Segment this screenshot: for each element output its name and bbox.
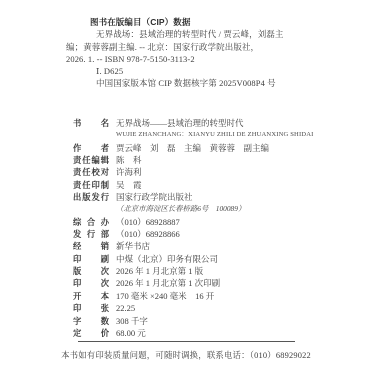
- cip-heading: 图书在版编目（CIP）数据: [66, 16, 318, 28]
- colophon-row: 印次2026 年 1 月北京第 1 次印刷: [73, 277, 353, 289]
- colophon-row-value: 吴 霞: [116, 179, 142, 191]
- quality-notice: 本书如有印装质量问题，可随时调换，联系电话：（010）68929022: [3, 349, 369, 361]
- cip-record-line-3: 2026. 1. -- ISBN 978-7-5150-3113-2: [66, 53, 318, 65]
- colophon-row-label: 定价: [73, 327, 109, 339]
- colophon-row-value: 无界战场——县域治理的转型时代: [116, 117, 244, 129]
- colophon-row-value: WUJIE ZHANCHANG：XIANYU ZHILI DE ZHUANXIN…: [116, 129, 313, 141]
- colophon-row: 经销新华书店: [73, 240, 353, 252]
- colophon-row-value: 许海利: [116, 166, 142, 178]
- colophon-row-label: 印张: [73, 302, 109, 314]
- footer-divider: [78, 341, 295, 342]
- colophon-row: 版次2026 年 1 月北京第 1 版: [73, 265, 353, 277]
- colophon-row: 书名无界战场——县域治理的转型时代: [73, 117, 353, 129]
- colophon-row: 综合办（010）68928887: [73, 216, 353, 228]
- colophon-row-label: 发行部: [73, 228, 109, 240]
- colophon-row-label: 印刷: [73, 253, 109, 265]
- cip-block: 图书在版编目（CIP）数据 无界战场：县域治理的转型时代 / 贾云峰，刘磊主 编…: [66, 16, 318, 90]
- colophon-row-value: 170 毫米 ×240 毫米 16 开: [116, 290, 214, 302]
- colophon-row-value: 贾云峰 刘 磊 主编 黄蓉蓉 副主编: [116, 142, 269, 154]
- colophon-row: 定价68.00 元: [73, 327, 353, 339]
- colophon-row-label: 经销: [73, 240, 109, 252]
- book-copyright-page: 图书在版编目（CIP）数据 无界战场：县域治理的转型时代 / 贾云峰，刘磊主 编…: [0, 0, 375, 375]
- colophon-row: 责任印制吴 霞: [73, 179, 353, 191]
- colophon-row-label: 综合办: [73, 216, 109, 228]
- colophon-row-value: （北京市海淀区长春桥路6号 100089）: [116, 203, 245, 215]
- colophon-row: 开本170 毫米 ×240 毫米 16 开: [73, 290, 353, 302]
- colophon-row-value: 2026 年 1 月北京第 1 次印刷: [116, 277, 220, 289]
- colophon-row-value: 新华书店: [116, 240, 150, 252]
- colophon-row-label: 印次: [73, 277, 109, 289]
- colophon-row: 责任编辑陈 科: [73, 154, 353, 166]
- cip-classification-line: Ⅰ. D625: [66, 65, 318, 77]
- colophon-row-value: 22.25: [116, 302, 135, 314]
- colophon-row-value: （010）68928887: [116, 216, 180, 228]
- cip-record-line-1: 无界战场：县域治理的转型时代 / 贾云峰，刘磊主: [66, 28, 318, 40]
- colophon-row-label: 书名: [73, 117, 109, 129]
- colophon-row-label: 责任印制: [73, 179, 109, 191]
- colophon-row-value: 陈 科: [116, 154, 142, 166]
- colophon-table: 书名无界战场——县域治理的转型时代WUJIE ZHANCHANG：XIANYU …: [73, 117, 353, 339]
- colophon-row: WUJIE ZHANCHANG：XIANYU ZHILI DE ZHUANXIN…: [73, 129, 353, 141]
- colophon-row: 字数308 千字: [73, 315, 353, 327]
- colophon-row-label: 版次: [73, 265, 109, 277]
- colophon-row-label: 责任编辑: [73, 154, 109, 166]
- colophon-row-label: 出版发行: [73, 191, 109, 203]
- colophon-row: 责任校对许海利: [73, 166, 353, 178]
- colophon-row-value: 308 千字: [116, 315, 148, 327]
- colophon-row: 出版发行国家行政学院出版社: [73, 191, 353, 203]
- colophon-row: 印张22.25: [73, 302, 353, 314]
- colophon-row: （北京市海淀区长春桥路6号 100089）: [73, 203, 353, 215]
- cip-record-line-2: 编；黄蓉蓉副主编. -- 北京：国家行政学院出版社，: [66, 41, 318, 53]
- colophon-row-value: 68.00 元: [116, 327, 146, 339]
- colophon-row-label: 责任校对: [73, 166, 109, 178]
- colophon-row-label: 作者: [73, 142, 109, 154]
- colophon-row: 作者贾云峰 刘 磊 主编 黄蓉蓉 副主编: [73, 142, 353, 154]
- colophon-row-value: 国家行政学院出版社: [116, 191, 193, 203]
- colophon-row-value: 2026 年 1 月北京第 1 版: [116, 265, 203, 277]
- colophon-row-value: 中煤（北京）印务有限公司: [116, 253, 218, 265]
- colophon-row-label: 字数: [73, 315, 109, 327]
- colophon-row: 印刷中煤（北京）印务有限公司: [73, 253, 353, 265]
- colophon-row-value: （010）68928866: [116, 228, 180, 240]
- colophon-row: 发行部（010）68928866: [73, 228, 353, 240]
- colophon-row-label: 开本: [73, 290, 109, 302]
- cip-registry-line: 中国国家版本馆 CIP 数据核字第 2025V008P4 号: [66, 77, 318, 89]
